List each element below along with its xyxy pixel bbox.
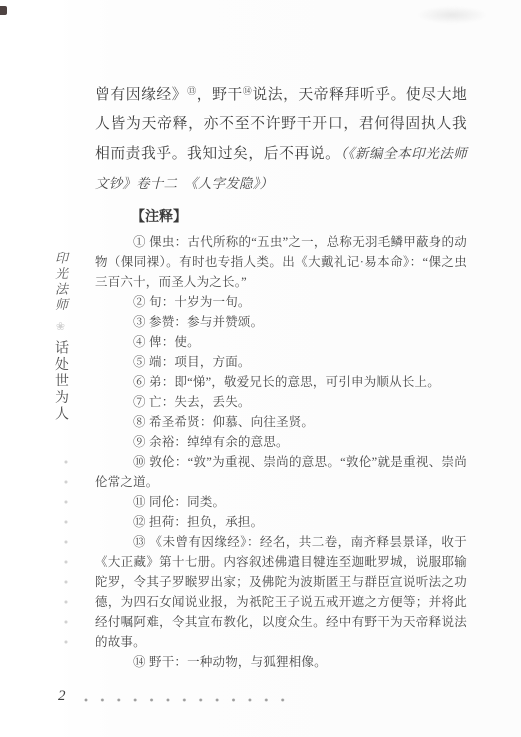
book-page: 印光法师❀话处世为人 曾有因缘经》⑬，野干⑭说法，天帝释拜听乎。使尽大地人皆为天… (0, 0, 521, 737)
notes-heading: 【注释】 (131, 208, 467, 228)
note-item: ② 旬：十岁为一旬。 (95, 292, 467, 312)
book-title-sidebar: 印光法师❀话处世为人 (52, 251, 68, 423)
note-item: ⑨ 余裕：绰绰有余的意思。 (95, 432, 467, 452)
note-item: ⑧ 希圣希贤：仰慕、向往圣贤。 (95, 412, 467, 432)
note-item: ① 倮虫：古代所称的“五虫”之一，总称无羽毛鳞甲蔽身的动物（倮同裸）。有时也专指… (95, 232, 467, 292)
note-item: ⑬ 《未曾有因缘经》：经名，共二卷，南齐释昙景译，收于《大正藏》第十七册。内容叙… (95, 532, 467, 652)
scan-corner-mark (0, 6, 7, 15)
note-item: ⑪ 同伦：同类。 (95, 492, 467, 512)
book-title-subject: 话处世为人 (53, 340, 67, 423)
body-paragraph: 曾有因缘经》⑬，野干⑭说法，天帝释拜听乎。使尽大地人皆为天帝释，亦不至不许野干开… (95, 81, 467, 199)
scan-smudge (416, 6, 488, 24)
flower-ornament-icon: ❀ (54, 320, 65, 333)
note-item: ④ 俾：使。 (95, 332, 467, 352)
note-item: ⑩ 敦伦：“敦”为重视、崇尚的意思。“敦伦”就是重视、崇尚伦常之道。 (95, 452, 467, 492)
note-item: ⑭ 野干：一种动物，与狐狸相像。 (95, 652, 467, 672)
book-title-author: 印光法师 (53, 251, 68, 313)
bleedthrough-dots (63, 458, 70, 658)
note-item: ⑥ 弟：即“悌”，敬爱兄长的意思，可引申为顺从长上。 (95, 372, 467, 392)
text-column: 曾有因缘经》⑬，野干⑭说法，天帝释拜听乎。使尽大地人皆为天帝释，亦不至不许野干开… (95, 81, 467, 672)
page-number: 2 (58, 688, 66, 705)
note-item: ⑦ 亡：失去，丢失。 (95, 392, 467, 412)
footer-dotted-rule (84, 695, 296, 705)
note-item: ⑫ 担荷：担负，承担。 (95, 512, 467, 532)
note-item: ③ 参赞：参与并赞颂。 (95, 312, 467, 332)
note-item: ⑤ 端：项目，方面。 (95, 352, 467, 372)
